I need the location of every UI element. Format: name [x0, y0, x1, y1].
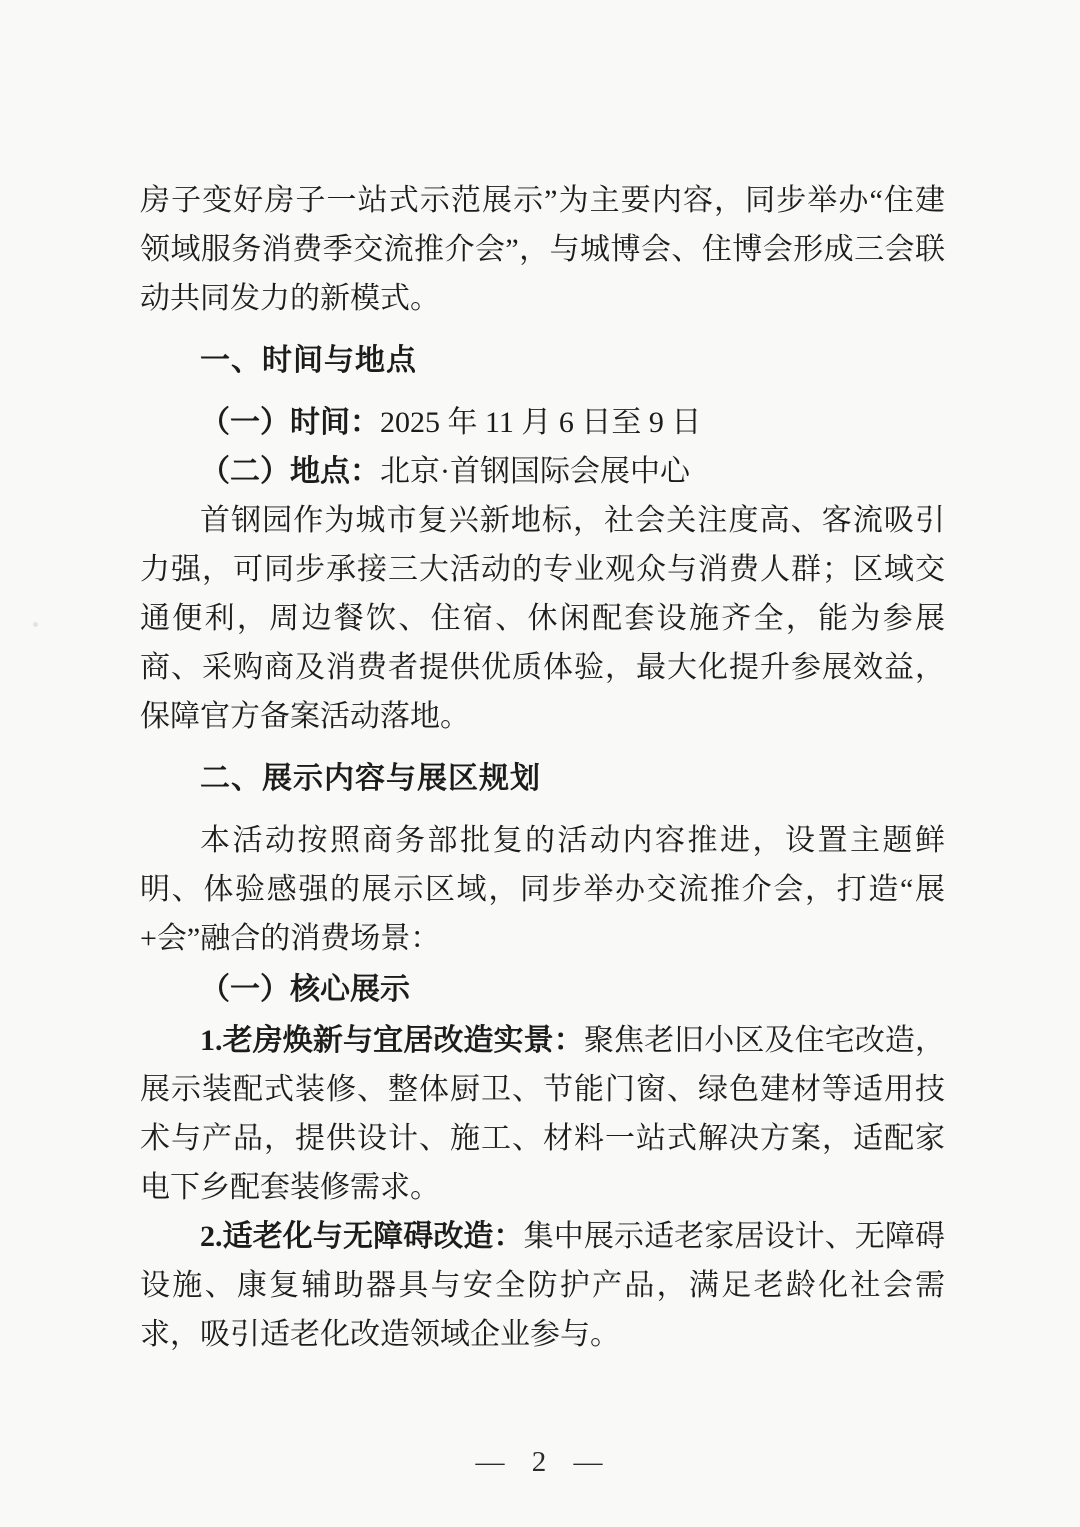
paragraph-text-location: 北京·首钢国际会展中心: [380, 455, 690, 488]
paragraph-text: 本活动按照商务部批复的活动内容推进，设置主题鲜明、体验感强的展示区域，同步举办交…: [140, 824, 945, 955]
paragraph-lead-item-1: 1.老房焕新与宜居改造实景：: [200, 1024, 584, 1057]
paragraph-exhibition-overview: 本活动按照商务部批复的活动内容推进，设置主题鲜明、体验感强的展示区域，同步举办交…: [140, 816, 945, 963]
section-heading-exhibition-plan: 二、展示内容与展区规划: [140, 754, 945, 803]
paragraph-continued-intro: 房子变好房子一站式示范展示”为主要内容，同步举办“住建领域服务消费季交流推介会”…: [140, 176, 945, 323]
paragraph-item-1-renovation: 1.老房焕新与宜居改造实景：聚焦老旧小区及住宅改造，展示装配式装修、整体厨卫、节…: [140, 1016, 945, 1212]
paragraph-item-2-aging-friendly: 2.适老化与无障碍改造：集中展示适老家居设计、无障碍设施、康复辅助器具与安全防护…: [140, 1212, 945, 1359]
paragraph-text-time: 2025 年 11 月 6 日至 9 日: [380, 406, 701, 439]
paragraph-text: 房子变好房子一站式示范展示”为主要内容，同步举办“住建领域服务消费季交流推介会”…: [140, 184, 945, 315]
paragraph-time: （一）时间：2025 年 11 月 6 日至 9 日: [140, 398, 945, 447]
paragraph-venue-description: 首钢园作为城市复兴新地标，社会关注度高、客流吸引力强，可同步承接三大活动的专业观…: [140, 496, 945, 741]
scan-artifact-dot: [33, 622, 38, 627]
section-heading-time-location: 一、时间与地点: [140, 336, 945, 385]
paragraph-location: （二）地点：北京·首钢国际会展中心: [140, 447, 945, 496]
page-footer: — 2 —: [0, 1438, 1080, 1487]
sub-heading-core-exhibits: （一）核心展示: [140, 965, 945, 1014]
document-body: 房子变好房子一站式示范展示”为主要内容，同步举办“住建领域服务消费季交流推介会”…: [0, 0, 1080, 1359]
page-number: — 2 —: [476, 1446, 605, 1478]
paragraph-lead-item-2: 2.适老化与无障碍改造：: [200, 1220, 524, 1253]
paragraph-lead-time: （一）时间：: [200, 406, 380, 439]
paragraph-text: 首钢园作为城市复兴新地标，社会关注度高、客流吸引力强，可同步承接三大活动的专业观…: [140, 504, 945, 733]
paragraph-lead-location: （二）地点：: [200, 455, 380, 488]
document-page: 房子变好房子一站式示范展示”为主要内容，同步举办“住建领域服务消费季交流推介会”…: [0, 0, 1080, 1527]
